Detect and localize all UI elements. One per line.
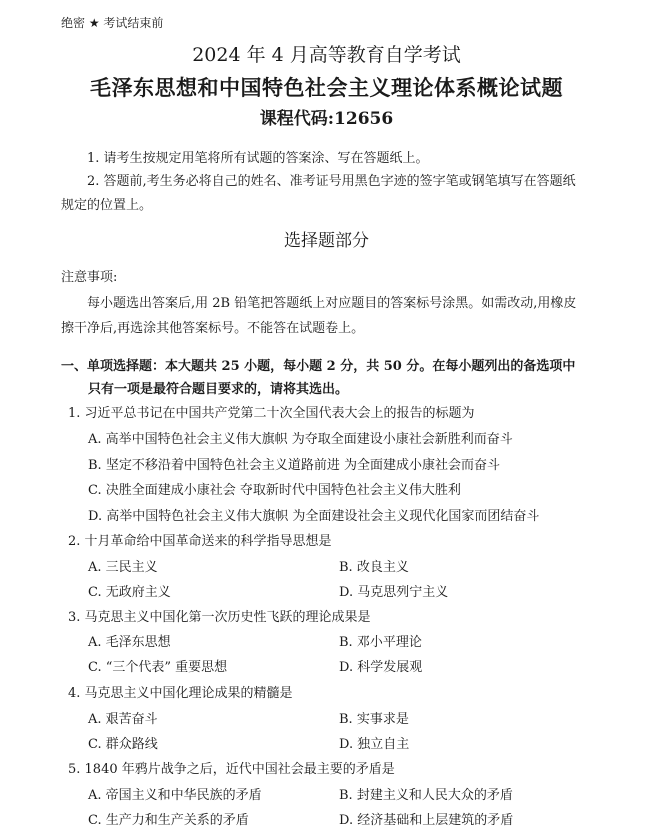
instruction-2-cont: 规定的位置上。 <box>61 194 152 213</box>
question-2-option-c: C. 无政府主义 <box>88 581 171 600</box>
question-4-option-a: A. 艰苦奋斗 <box>88 708 158 727</box>
question-1-option-c: C. 决胜全面建成小康社会 夺取新时代中国特色社会主义伟大胜利 <box>88 479 461 498</box>
question-5-stem: 5. 1840 年鸦片战争之后，近代中国社会最主要的矛盾是 <box>68 758 395 777</box>
part-one-heading-cont: 只有一项是最符合题目要求的，请将其选出。 <box>88 378 348 397</box>
question-4-option-c: C. 群众路线 <box>88 733 158 752</box>
question-2-stem: 2. 十月革命给中国革命送来的科学指导思想是 <box>68 530 332 549</box>
notes-label: 注意事项: <box>61 266 117 285</box>
question-4-option-b: B. 实事求是 <box>339 708 409 727</box>
question-5-option-b: B. 封建主义和人民大众的矛盾 <box>339 784 513 803</box>
question-3-option-a: A. 毛泽东思想 <box>88 631 171 650</box>
instruction-2: 2. 答题前,考生务必将自己的姓名、准考证号用黑色字迹的签字笔或钢笔填写在答题纸 <box>87 170 576 189</box>
question-2-option-a: A. 三民主义 <box>88 556 158 575</box>
notes-line-2: 擦干净后,再选涂其他答案标号。不能答在试题卷上。 <box>61 317 364 336</box>
question-5-option-a: A. 帝国主义和中华民族的矛盾 <box>88 784 262 803</box>
question-5-option-d: D. 经济基础和上层建筑的矛盾 <box>339 809 513 828</box>
question-3-option-c: C. “三个代表” 重要思想 <box>88 656 227 675</box>
instruction-1: 1. 请考生按规定用笔将所有试题的答案涂、写在答题纸上。 <box>87 147 429 166</box>
question-4-stem: 4. 马克思主义中国化理论成果的精髓是 <box>68 682 293 701</box>
question-4-option-d: D. 独立自主 <box>339 733 409 752</box>
secret-mark: 绝密 ★ 考试结束前 <box>61 14 163 31</box>
question-3-stem: 3. 马克思主义中国化第一次历史性飞跃的理论成果是 <box>68 606 371 625</box>
notes-line-1: 每小题选出答案后,用 2B 铅笔把答题纸上对应题目的答案标号涂黑。如需改动,用橡… <box>87 292 576 311</box>
subject-title: 毛泽东思想和中国特色社会主义理论体系概论试题 <box>0 72 653 102</box>
part-one-heading: 一、单项选择题：本大题共 25 小题，每小题 2 分，共 50 分。在每小题列出… <box>61 355 575 374</box>
question-1-option-a: A. 高举中国特色社会主义伟大旗帜 为夺取全面建设小康社会新胜利而奋斗 <box>88 428 513 447</box>
question-1-option-d: D. 高举中国特色社会主义伟大旗帜 为全面建设社会主义现代化国家而团结奋斗 <box>88 505 539 524</box>
exam-title: 2024 年 4 月高等教育自学考试 <box>0 40 653 67</box>
section-title: 选择题部分 <box>0 226 653 251</box>
course-code: 课程代码:12656 <box>0 104 653 129</box>
question-1-option-b: B. 坚定不移沿着中国特色社会主义道路前进 为全面建成小康社会而奋斗 <box>88 454 500 473</box>
question-3-option-d: D. 科学发展观 <box>339 656 422 675</box>
question-5-option-c: C. 生产力和生产关系的矛盾 <box>88 809 249 828</box>
question-1-stem: 1. 习近平总书记在中国共产党第二十次全国代表大会上的报告的标题为 <box>68 402 475 421</box>
question-2-option-b: B. 改良主义 <box>339 556 409 575</box>
question-2-option-d: D. 马克思列宁主义 <box>339 581 448 600</box>
question-3-option-b: B. 邓小平理论 <box>339 631 422 650</box>
